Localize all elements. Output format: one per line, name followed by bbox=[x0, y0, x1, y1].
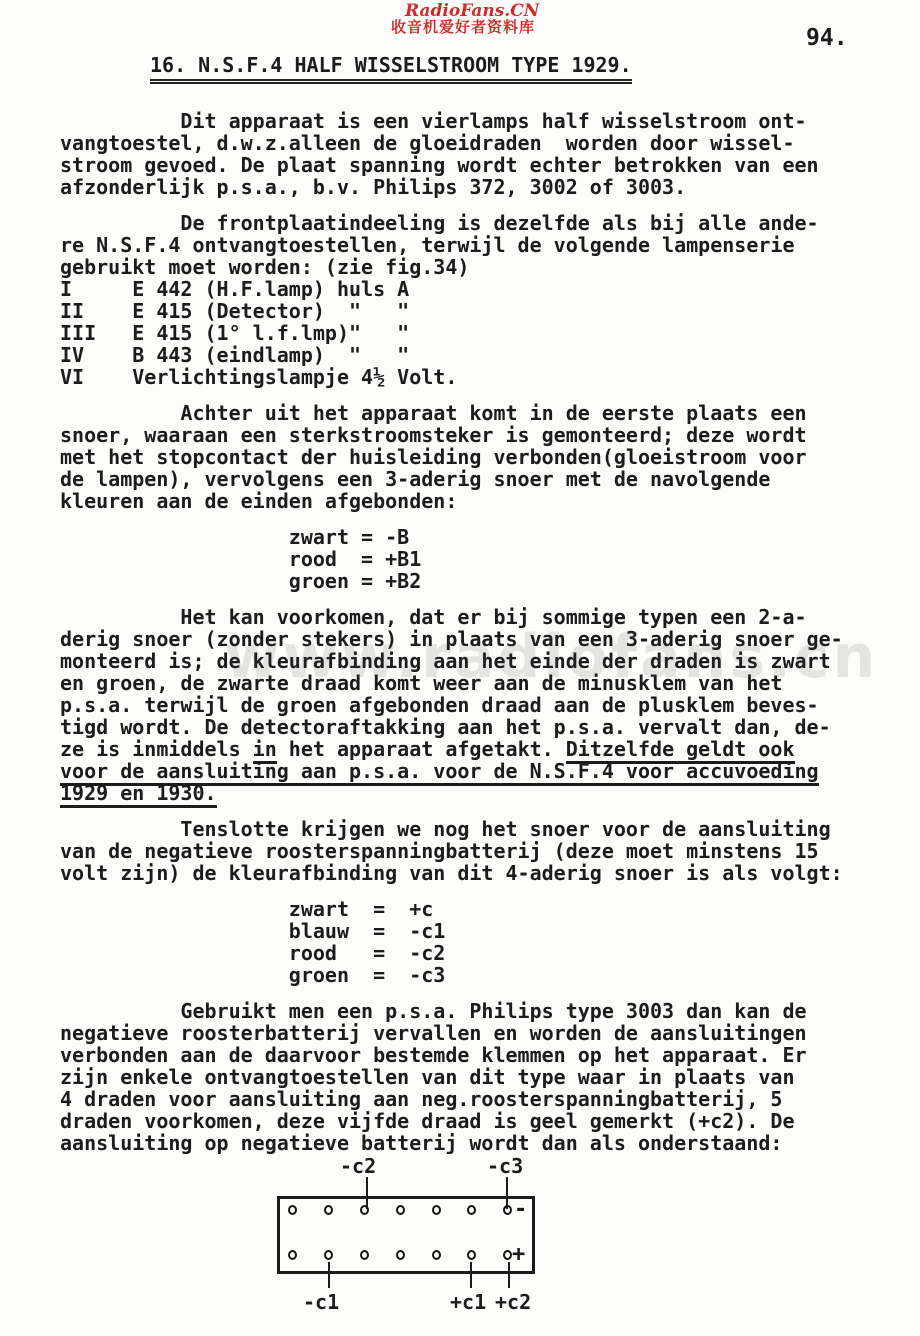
label-minus-c1: -c1 bbox=[303, 1292, 339, 1312]
terminal-hole bbox=[396, 1205, 405, 1215]
text-line: en groen, de zwarte draad komt weer aan … bbox=[60, 672, 920, 694]
paragraph-snoer: Achter uit het apparaat komt in de eerst… bbox=[60, 402, 920, 512]
text-segment: gebruikt moet worden: (zie fig.34) bbox=[60, 255, 469, 279]
text-segment: monteerd is; de kleurafbinding aan het e… bbox=[60, 649, 831, 673]
text-line: derig snoer (zonder stekers) in plaats v… bbox=[60, 628, 920, 650]
text-segment: snoer, waaraan een sterkstroomsteker is … bbox=[60, 423, 807, 447]
leader-line-plus-c1 bbox=[470, 1262, 472, 1288]
text-line: Dit apparaat is een vierlamps half wisse… bbox=[60, 110, 920, 132]
terminal-hole bbox=[467, 1205, 476, 1215]
text-line: blauw = -c1 bbox=[60, 920, 920, 942]
paragraph-3003: Gebruikt men een p.s.a. Philips type 300… bbox=[60, 1000, 920, 1154]
terminal-hole bbox=[467, 1250, 476, 1260]
list-c-kleuren: zwart = +c blauw = -c1 rood = -c2 groen … bbox=[60, 898, 920, 986]
text-segment: groen = -c3 bbox=[60, 963, 445, 987]
section-title: 16. N.S.F.4 HALF WISSELSTROOM TYPE 1929. bbox=[150, 54, 632, 84]
text-line: van de negatieve roosterspanningbatterij… bbox=[60, 840, 920, 862]
text-segment: en groen, de zwarte draad komt weer aan … bbox=[60, 671, 782, 695]
text-line: negatieve roosterbatterij vervallen en w… bbox=[60, 1022, 920, 1044]
text-line: Het kan voorkomen, dat er bij sommige ty… bbox=[60, 606, 920, 628]
text-segment: 4 draden voor aansluiting aan neg.rooste… bbox=[60, 1087, 782, 1111]
text-segment: rood = -c2 bbox=[60, 941, 445, 965]
text-line: gebruikt moet worden: (zie fig.34) bbox=[60, 256, 920, 278]
text-segment: aansluiting op negatieve batterij wordt … bbox=[60, 1131, 782, 1155]
page-number: 94. bbox=[806, 25, 848, 51]
text-line: vangtoestel, d.w.z.alleen de gloeidraden… bbox=[60, 132, 920, 154]
text-line: verbonden aan de daarvoor bestemde klemm… bbox=[60, 1044, 920, 1066]
text-segment: Gebruikt men een p.s.a. Philips type 300… bbox=[60, 999, 807, 1023]
text-line: afzonderlijk p.s.a., b.v. Philips 372, 3… bbox=[60, 176, 920, 198]
text-line: Gebruikt men een p.s.a. Philips type 300… bbox=[60, 1000, 920, 1022]
text-segment: VI Verlichtingslampje 4½ Volt. bbox=[60, 365, 457, 389]
minus-terminal-sign: - bbox=[514, 1200, 527, 1220]
text-segment: re N.S.F.4 ontvangtoestellen, terwijl de… bbox=[60, 233, 795, 257]
text-segment: Dit apparaat is een vierlamps half wisse… bbox=[60, 109, 807, 133]
text-segment: negatieve roosterbatterij vervallen en w… bbox=[60, 1021, 807, 1045]
text-line: IV B 443 (eindlamp) " " bbox=[60, 344, 920, 366]
text-segment: kleuren aan de einden afgebonden: bbox=[60, 489, 457, 513]
terminal-hole bbox=[432, 1250, 441, 1260]
text-line: ze is inmiddels in het apparaat afgetakt… bbox=[60, 738, 920, 760]
paragraph-2aderig: Het kan voorkomen, dat er bij sommige ty… bbox=[60, 606, 920, 804]
text-line: stroom gevoed. De plaat spanning wordt e… bbox=[60, 154, 920, 176]
text-line: zijn enkele ontvangtoestellen van dit ty… bbox=[60, 1066, 920, 1088]
terminal-hole bbox=[360, 1250, 369, 1260]
text-line: VI Verlichtingslampje 4½ Volt. bbox=[60, 366, 920, 388]
text-segment: draden voorkomen, deze vijfde draad is g… bbox=[60, 1109, 795, 1133]
text-segment: rood = +B1 bbox=[60, 547, 421, 571]
text-segment: tigd wordt. De detectoraftakking aan het… bbox=[60, 715, 831, 739]
text-line: kleuren aan de einden afgebonden: bbox=[60, 490, 920, 512]
text-segment: ze is inmiddels bbox=[60, 737, 253, 761]
label-plus-c1: +c1 bbox=[450, 1292, 486, 1312]
terminal-hole bbox=[324, 1205, 333, 1215]
text-line: p.s.a. terwijl de groen afgebonden draad… bbox=[60, 694, 920, 716]
terminal-strip-diagram: -c2 -c3 - + -c1 +c1 +c2 bbox=[0, 1156, 920, 1332]
terminal-hole bbox=[288, 1250, 297, 1260]
terminal-hole bbox=[396, 1250, 405, 1260]
underlined-text-segment: 1929 en 1930. bbox=[60, 781, 217, 808]
text-line: groen = +B2 bbox=[60, 570, 920, 592]
paragraph-intro: Dit apparaat is een vierlamps half wisse… bbox=[60, 110, 920, 198]
text-line: groen = -c3 bbox=[60, 964, 920, 986]
paragraph-roosterspanning: Tenslotte krijgen we nog het snoer voor … bbox=[60, 818, 920, 884]
text-segment: IV B 443 (eindlamp) " " bbox=[60, 343, 409, 367]
document-body: Dit apparaat is een vierlamps half wisse… bbox=[60, 110, 920, 1154]
text-segment: volt zijn) de kleurafbinding van dit 4-a… bbox=[60, 861, 843, 885]
text-segment: zijn enkele ontvangtoestellen van dit ty… bbox=[60, 1065, 795, 1089]
section-title-wrap: 16. N.S.F.4 HALF WISSELSTROOM TYPE 1929. bbox=[150, 54, 920, 84]
label-minus-c2: -c2 bbox=[340, 1156, 376, 1176]
text-line: De frontplaatindeeling is dezelfde als b… bbox=[60, 212, 920, 234]
text-line: rood = -c2 bbox=[60, 942, 920, 964]
text-segment: zwart = -B bbox=[60, 525, 409, 549]
text-segment: stroom gevoed. De plaat spanning wordt e… bbox=[60, 153, 819, 177]
plus-terminal-sign: + bbox=[512, 1245, 525, 1265]
terminal-hole bbox=[288, 1205, 297, 1215]
text-line: zwart = -B bbox=[60, 526, 920, 548]
text-segment: p.s.a. terwijl de groen afgebonden draad… bbox=[60, 693, 819, 717]
label-minus-c3: -c3 bbox=[487, 1156, 523, 1176]
text-line: voor de aansluiting aan p.s.a. voor de N… bbox=[60, 760, 920, 782]
terminal-hole bbox=[503, 1250, 512, 1260]
text-segment: zwart = +c bbox=[60, 897, 433, 921]
text-segment: Achter uit het apparaat komt in de eerst… bbox=[60, 401, 807, 425]
text-line: II E 415 (Detector) " " bbox=[60, 300, 920, 322]
leader-line-plus-c2 bbox=[508, 1262, 510, 1288]
text-line: I E 442 (H.F.lamp) huls A bbox=[60, 278, 920, 300]
text-line: zwart = +c bbox=[60, 898, 920, 920]
text-segment: van de negatieve roosterspanningbatterij… bbox=[60, 839, 819, 863]
terminal-hole bbox=[503, 1205, 512, 1215]
text-line: re N.S.F.4 ontvangtoestellen, terwijl de… bbox=[60, 234, 920, 256]
scanned-document-page: RadioFans.CN 收音机爱好者资料库 94. www.radiofans… bbox=[0, 0, 920, 1336]
text-segment: derig snoer (zonder stekers) in plaats v… bbox=[60, 627, 843, 651]
leader-line-c1 bbox=[328, 1262, 330, 1288]
document-content: 16. N.S.F.4 HALF WISSELSTROOM TYPE 1929.… bbox=[60, 0, 920, 1154]
text-line: III E 415 (1° l.f.lmp)" " bbox=[60, 322, 920, 344]
text-line: volt zijn) de kleurafbinding van dit 4-a… bbox=[60, 862, 920, 884]
terminal-hole bbox=[432, 1205, 441, 1215]
text-segment: verbonden aan de daarvoor bestemde klemm… bbox=[60, 1043, 807, 1067]
text-line: snoer, waaraan een sterkstroomsteker is … bbox=[60, 424, 920, 446]
text-line: Tenslotte krijgen we nog het snoer voor … bbox=[60, 818, 920, 840]
text-segment: III E 415 (1° l.f.lmp)" " bbox=[60, 321, 409, 345]
text-segment: met het stopcontact der huisleiding verb… bbox=[60, 445, 807, 469]
text-segment: II E 415 (Detector) " " bbox=[60, 299, 409, 323]
text-segment: afzonderlijk p.s.a., b.v. Philips 372, 3… bbox=[60, 175, 686, 199]
radiofans-chinese-subtitle: 收音机爱好者资料库 bbox=[391, 20, 535, 35]
list-b-kleuren: zwart = -B rood = +B1 groen = +B2 bbox=[60, 526, 920, 592]
text-segment: De frontplaatindeeling is dezelfde als b… bbox=[60, 211, 819, 235]
text-line: de lampen), vervolgens een 3-aderig snoe… bbox=[60, 468, 920, 490]
text-line: rood = +B1 bbox=[60, 548, 920, 570]
terminal-hole bbox=[324, 1250, 333, 1260]
text-segment: Het kan voorkomen, dat er bij sommige ty… bbox=[60, 605, 807, 629]
paragraph-frontplaat-lampenserie: De frontplaatindeeling is dezelfde als b… bbox=[60, 212, 920, 388]
text-segment: groen = +B2 bbox=[60, 569, 421, 593]
text-line: tigd wordt. De detectoraftakking aan het… bbox=[60, 716, 920, 738]
label-plus-c2: +c2 bbox=[495, 1292, 531, 1312]
text-segment: I E 442 (H.F.lamp) huls A bbox=[60, 277, 409, 301]
battery-outline bbox=[277, 1196, 535, 1274]
terminal-hole bbox=[360, 1205, 369, 1215]
text-line: met het stopcontact der huisleiding verb… bbox=[60, 446, 920, 468]
text-segment: vangtoestel, d.w.z.alleen de gloeidraden… bbox=[60, 131, 795, 155]
text-line: Achter uit het apparaat komt in de eerst… bbox=[60, 402, 920, 424]
text-segment: blauw = -c1 bbox=[60, 919, 445, 943]
text-line: 4 draden voor aansluiting aan neg.rooste… bbox=[60, 1088, 920, 1110]
text-segment: de lampen), vervolgens een 3-aderig snoe… bbox=[60, 467, 770, 491]
text-segment: Tenslotte krijgen we nog het snoer voor … bbox=[60, 817, 831, 841]
text-line: aansluiting op negatieve batterij wordt … bbox=[60, 1132, 920, 1154]
text-segment: het apparaat afgetakt. bbox=[277, 737, 566, 761]
text-line: monteerd is; de kleurafbinding aan het e… bbox=[60, 650, 920, 672]
text-line: draden voorkomen, deze vijfde draad is g… bbox=[60, 1110, 920, 1132]
